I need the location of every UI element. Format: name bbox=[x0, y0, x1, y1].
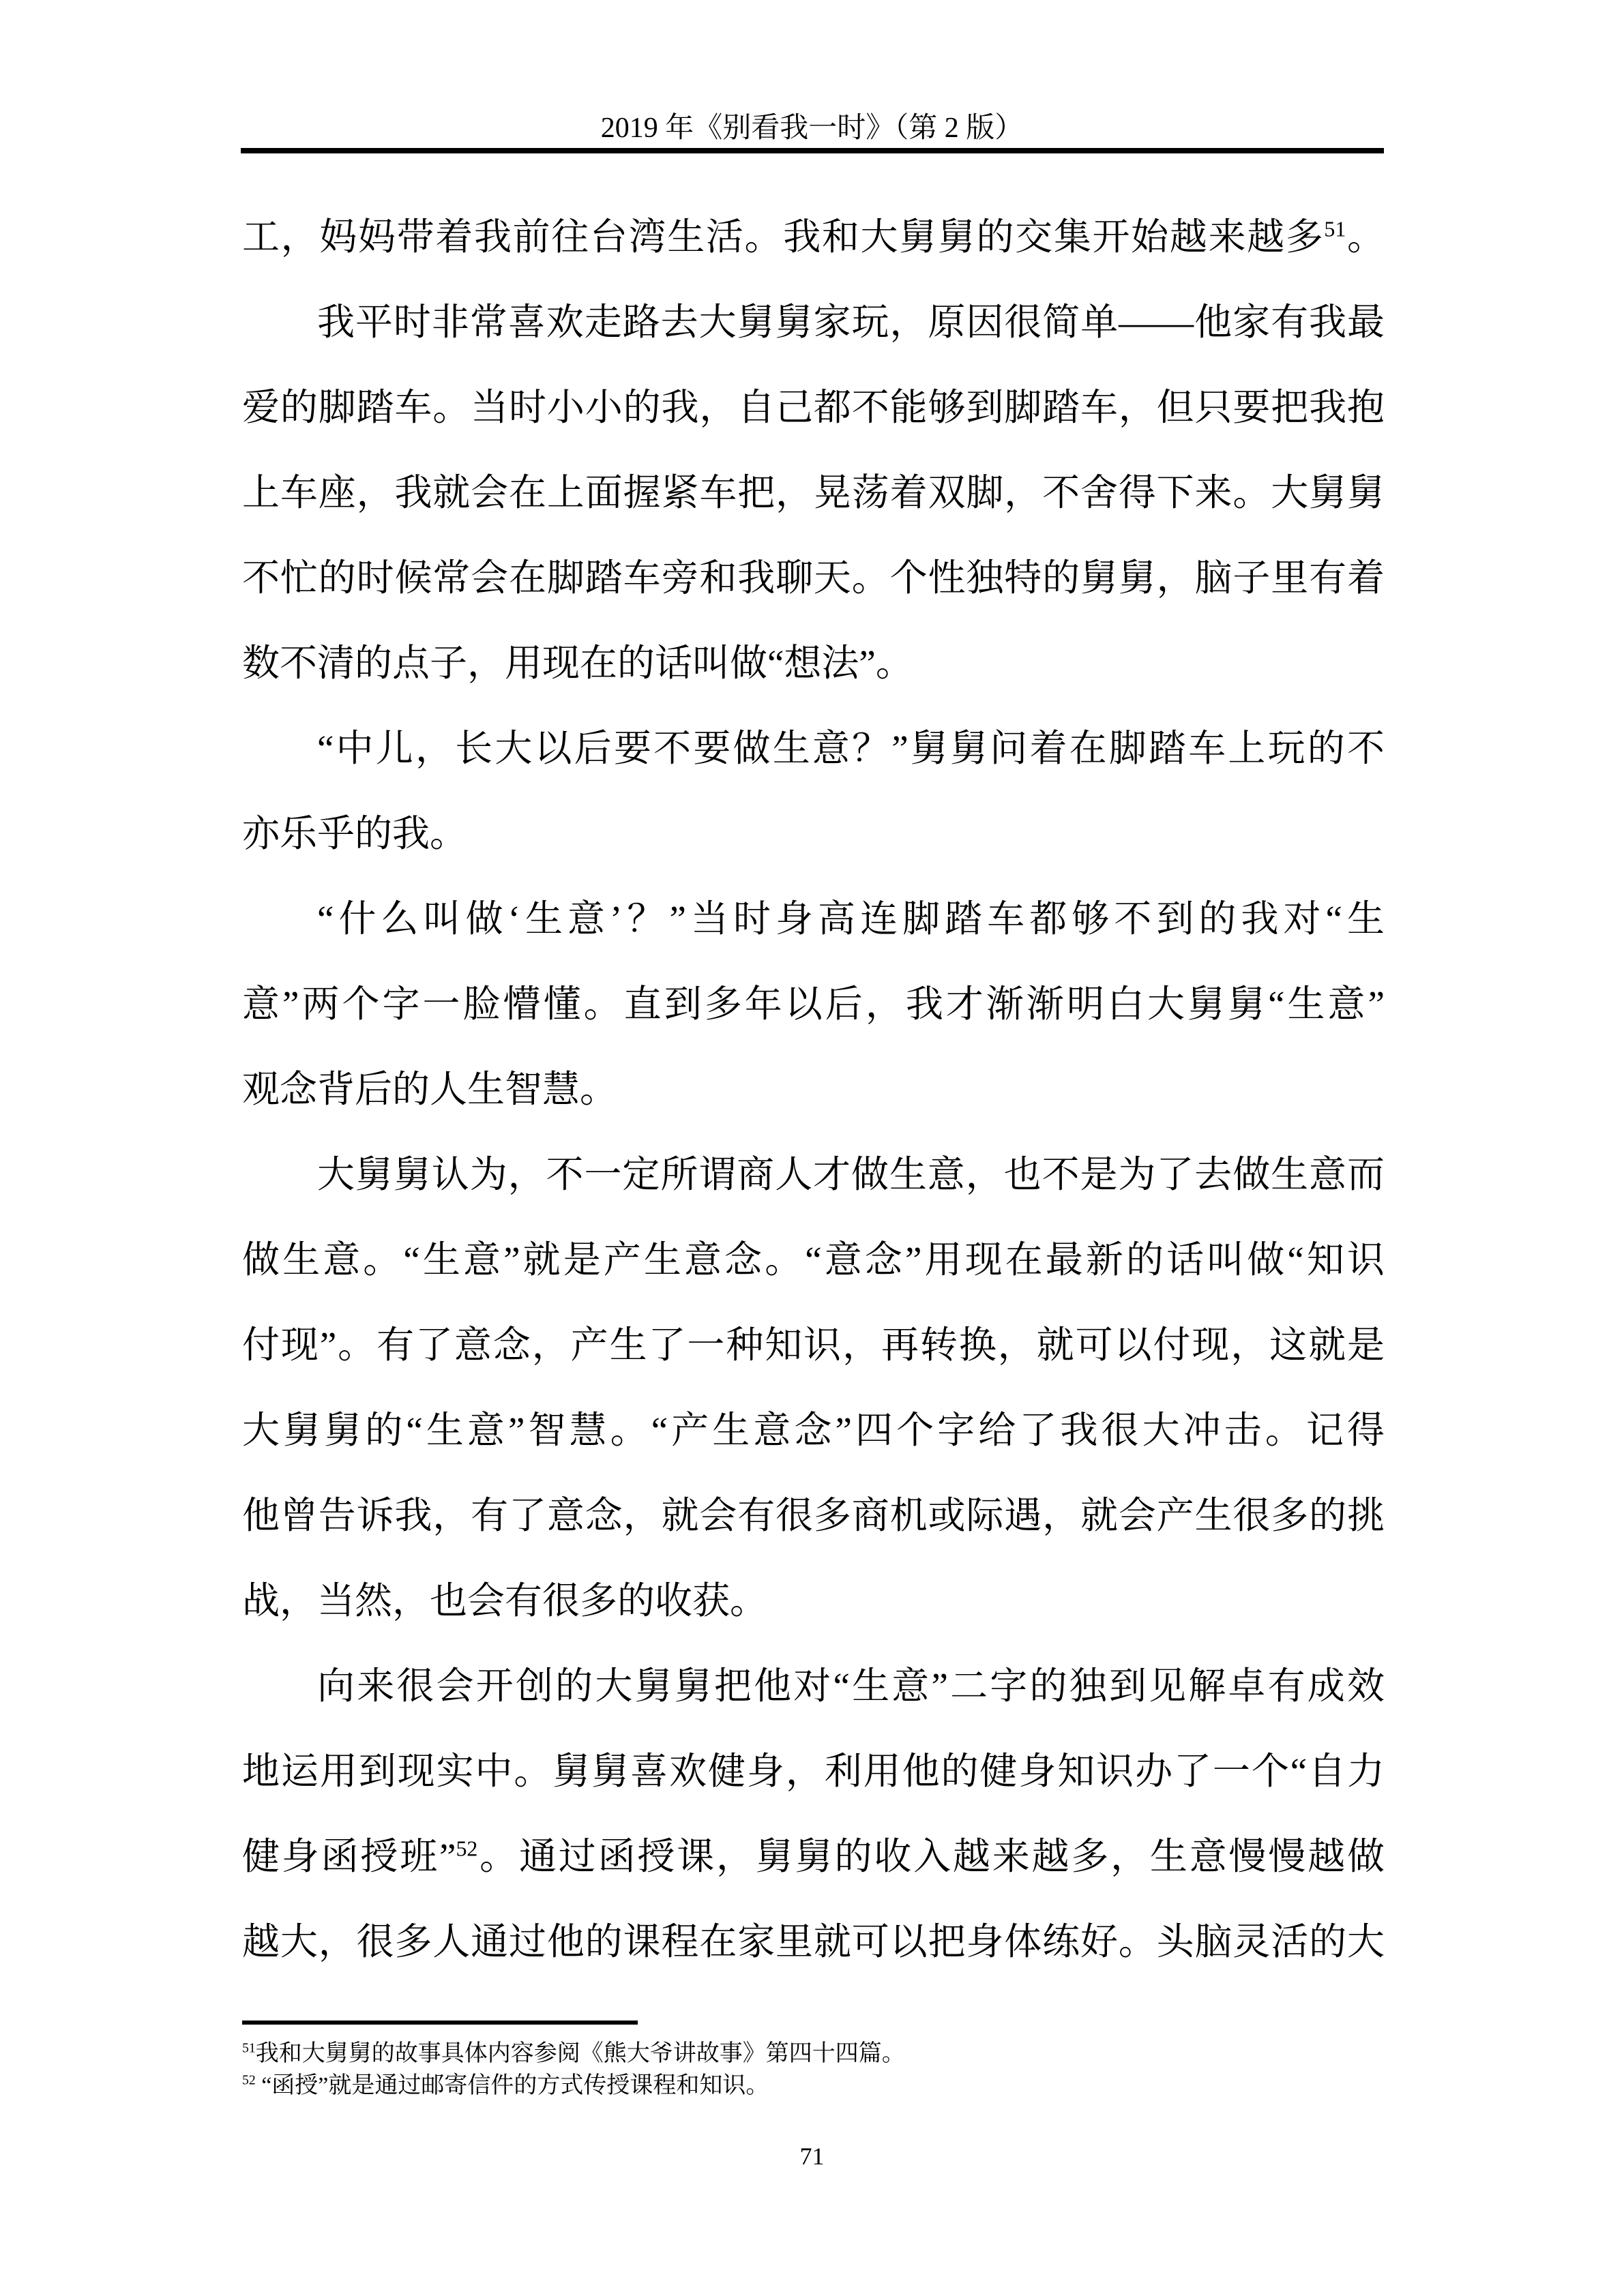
footnote-marker: 51 bbox=[242, 2041, 256, 2056]
text-line: 他曾告诉我，有了意念，就会有很多商机或际遇，就会产生很多的挑 bbox=[242, 1473, 1385, 1558]
text-line: 亦乐乎的我。 bbox=[242, 791, 1385, 876]
text-line: 战，当然，也会有很多的收获。 bbox=[242, 1558, 1385, 1643]
header-rule bbox=[241, 148, 1384, 153]
text-line: 观念背后的人生智慧。 bbox=[242, 1047, 1385, 1132]
footnotes: 51我和大舅舅的故事具体内容参阅《熊大爷讲故事》第四十四篇。52 “函授”就是通… bbox=[242, 2038, 1388, 2102]
footnote-ref: 52 bbox=[456, 1837, 477, 1861]
footnote-marker: 52 bbox=[242, 2073, 256, 2088]
footnote-ref: 51 bbox=[1324, 218, 1346, 241]
footnote: 52 “函授”就是通过邮寄信件的方式传授课程和知识。 bbox=[242, 2070, 1388, 2102]
text-line: 工，妈妈带着我前往台湾生活。我和大舅舅的交集开始越来越多51。 bbox=[242, 194, 1385, 280]
text-line: 越大，很多人通过他的课程在家里就可以把身体练好。头脑灵活的大 bbox=[242, 1899, 1385, 1984]
text-line: 大舅舅认为，不一定所谓商人才做生意，也不是为了去做生意而 bbox=[242, 1132, 1385, 1217]
page-header-title: 2019 年《别看我一时》（第 2 版） bbox=[0, 111, 1624, 145]
page-number: 71 bbox=[0, 2140, 1624, 2173]
text-line: 爱的脚踏车。当时小小的我，自己都不能够到脚踏车，但只要把我抱 bbox=[242, 365, 1385, 450]
text-line: 数不清的点子，用现在的话叫做“想法”。 bbox=[242, 621, 1385, 706]
text-line: “中儿，长大以后要不要做生意？”舅舅问着在脚踏车上玩的不 bbox=[242, 706, 1385, 791]
text-line: “什么叫做‘生意’？”当时身高连脚踏车都够不到的我对“生 bbox=[242, 876, 1385, 961]
body-text: 工，妈妈带着我前往台湾生活。我和大舅舅的交集开始越来越多51。我平时非常喜欢走路… bbox=[242, 194, 1385, 1984]
text-line: 上车座，我就会在上面握紧车把，晃荡着双脚，不舍得下来。大舅舅 bbox=[242, 450, 1385, 535]
text-line: 我平时非常喜欢走路去大舅舅家玩，原因很简单——他家有我最 bbox=[242, 280, 1385, 365]
text-line: 付现”。有了意念，产生了一种知识，再转换，就可以付现，这就是 bbox=[242, 1302, 1385, 1388]
footnote-separator bbox=[242, 2021, 638, 2025]
document-page: 2019 年《别看我一时》（第 2 版） 工，妈妈带着我前往台湾生活。我和大舅舅… bbox=[0, 0, 1624, 2296]
text-line: 向来很会开创的大舅舅把他对“生意”二字的独到见解卓有成效 bbox=[242, 1643, 1385, 1729]
text-line: 意”两个字一脸懵懂。直到多年以后，我才渐渐明白大舅舅“生意” bbox=[242, 961, 1385, 1047]
text-line: 不忙的时候常会在脚踏车旁和我聊天。个性独特的舅舅，脑子里有着 bbox=[242, 535, 1385, 621]
text-line: 大舅舅的“生意”智慧。“产生意念”四个字给了我很大冲击。记得 bbox=[242, 1388, 1385, 1473]
text-line: 健身函授班”52。通过函授课，舅舅的收入越来越多，生意慢慢越做 bbox=[242, 1814, 1385, 1899]
text-line: 做生意。“生意”就是产生意念。“意念”用现在最新的话叫做“知识 bbox=[242, 1217, 1385, 1302]
footnote: 51我和大舅舅的故事具体内容参阅《熊大爷讲故事》第四十四篇。 bbox=[242, 2038, 1388, 2070]
text-line: 地运用到现实中。舅舅喜欢健身，利用他的健身知识办了一个“自力 bbox=[242, 1729, 1385, 1814]
